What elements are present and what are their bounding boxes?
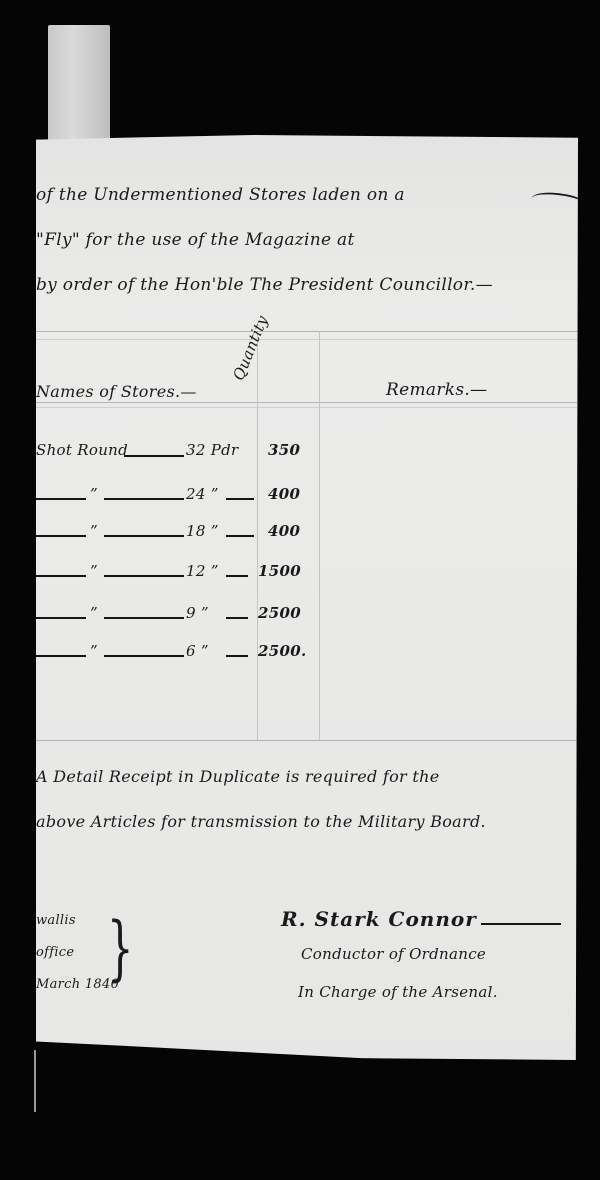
row-3-calibre: 18 ” <box>186 522 219 540</box>
header-bottom-rule <box>36 402 578 403</box>
row-1-quantity: 350 <box>268 441 300 459</box>
margin-note-line-2: office <box>36 945 74 960</box>
column-divider-qty-right <box>319 331 320 740</box>
note-line-1: A Detail Receipt in Duplicate is require… <box>36 767 439 786</box>
header-line-3: by order of the Hon'ble The President Co… <box>36 275 493 295</box>
signature-title-1: Conductor of Ordnance <box>301 945 486 963</box>
signature-name: R. Stark Connor <box>281 907 477 931</box>
column-header-names: Names of Stores.— <box>36 382 197 401</box>
signature-title-2: In Charge of the Arsenal. <box>298 983 498 1001</box>
row-2-quantity: 400 <box>268 485 300 503</box>
header-line-1: of the Undermentioned Stores laden on a <box>36 185 405 205</box>
row-4-calibre: 12 ” <box>186 562 219 580</box>
row-2-calibre: 24 ” <box>186 485 219 503</box>
table-top-rule <box>36 331 578 332</box>
brace-mark: } <box>107 907 134 989</box>
row-6-calibre: 6 ” <box>186 642 209 660</box>
row-4-quantity: 1500 <box>258 562 301 580</box>
table-bottom-rule <box>36 740 578 741</box>
row-5-calibre: 9 ” <box>186 604 209 622</box>
document-page: of the Undermentioned Stores laden on a … <box>36 135 578 1060</box>
margin-note-line-1: wallis <box>36 913 76 928</box>
row-5-quantity: 2500 <box>258 604 301 622</box>
header-line-2: "Fly" for the use of the Magazine at <box>36 230 355 250</box>
row-1-name: Shot Round <box>36 441 128 459</box>
note-line-2: above Articles for transmission to the M… <box>36 812 486 831</box>
column-divider-qty-left <box>257 331 258 740</box>
row-1-calibre: 32 Pdr <box>186 441 239 459</box>
column-header-remarks: Remarks.— <box>386 380 487 400</box>
row-3-quantity: 400 <box>268 522 300 540</box>
row-6-quantity: 2500. <box>258 642 306 660</box>
pin-mark <box>34 1050 36 1112</box>
